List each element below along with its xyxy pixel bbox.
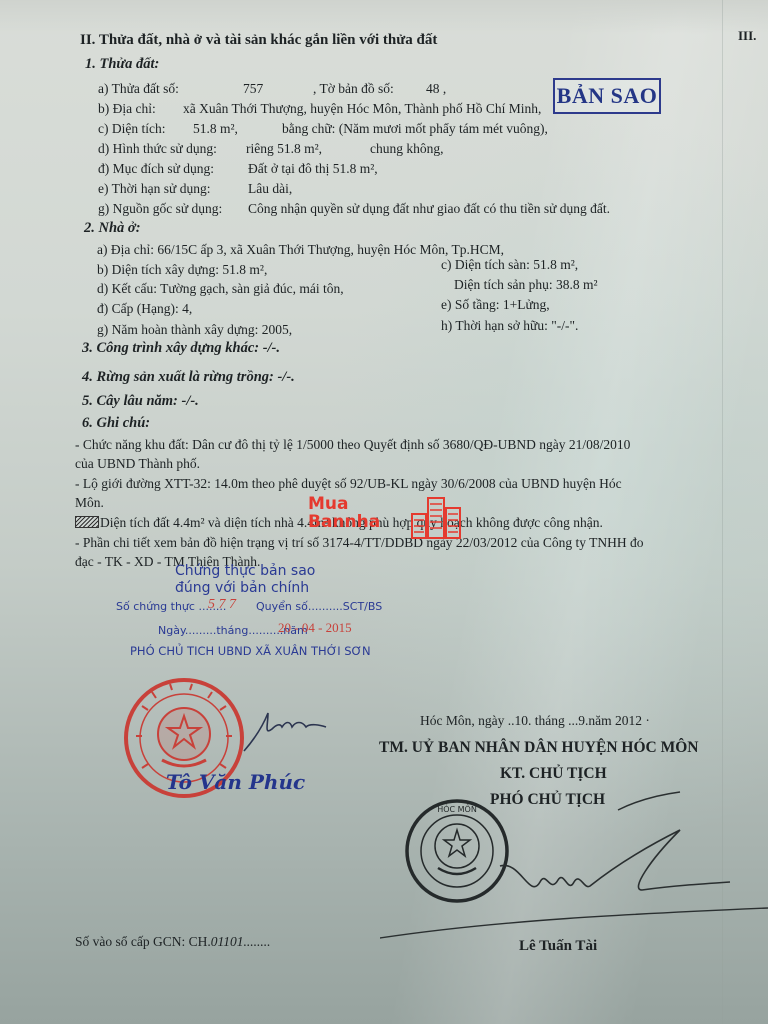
issuing-org: TM. UỶ BAN NHÂN DÂN HUYỆN HÓC MÔN <box>379 739 698 757</box>
address-label: b) Địa chỉ: <box>98 101 156 117</box>
note-line: - Lộ giới đường XTT-32: 14.0m theo phê d… <box>75 476 622 492</box>
place-date: Hóc Môn, ngày ..10. tháng ...9.năm 2012 … <box>420 713 650 729</box>
watermark-logo: Mua Bannha <box>306 494 466 540</box>
house-heading: 2. Nhà ở: <box>84 220 141 237</box>
house-grade: đ) Cấp (Hạng): 4, <box>97 301 192 317</box>
map-number: 48 , <box>426 81 446 97</box>
cert-signer-name: Tô Văn Phúc <box>166 770 305 794</box>
role-chairman: KT. CHỦ TỊCH <box>500 765 607 783</box>
signature-le-tuan-tai <box>380 790 768 940</box>
house-address: a) Địa chỉ: 66/15C ấp 3, xã Xuân Thới Th… <box>97 242 504 258</box>
land-address: xã Xuân Thới Thượng, huyện Hóc Môn, Thàn… <box>183 101 541 117</box>
purpose-label: đ) Mục đích sử dụng: <box>98 161 214 177</box>
house-build-area: b) Diện tích xây dựng: 51.8 m², <box>97 262 267 278</box>
usage-form-label: d) Hình thức sử dụng: <box>98 141 217 157</box>
land-area-words: bằng chữ: (Năm mươi mốt phẩy tám mét vuô… <box>282 121 548 137</box>
cert-signer-title: PHÓ CHỦ TICH UBND XÃ XUÂN THỚI SƠN <box>130 644 371 658</box>
cert-book-label: Quyển số..........SCT/BS <box>256 600 382 613</box>
watermark-line1: Mua <box>308 496 349 513</box>
section-title: II. Thửa đất, nhà ở và tài sản khác gắn … <box>80 32 437 49</box>
watermark-line2: Bannha <box>308 514 380 531</box>
note-line: Môn. <box>75 495 104 511</box>
house-aux-floor-area: Diện tích sản phụ: 38.8 m² <box>454 277 598 293</box>
registry-number: Số vào sổ cấp GCN: CH.01101........ <box>75 934 271 950</box>
area-label: c) Diện tích: <box>98 121 165 137</box>
next-section-fragment: III. <box>738 28 756 44</box>
map-label: , Tờ bản đồ số: <box>313 81 394 97</box>
registry-label: Số vào sổ cấp GCN: CH. <box>75 934 211 949</box>
plot-number: 757 <box>243 81 263 97</box>
land-origin: Công nhận quyền sử dụng đất như giao đất… <box>248 201 610 217</box>
term-label: e) Thời hạn sử dụng: <box>98 181 210 197</box>
house-ownership-term: h) Thời hạn sở hữu: "-/-". <box>441 318 578 334</box>
land-heading: 1. Thửa đất: <box>85 56 159 73</box>
perennial-trees: 5. Cây lâu năm: -/-. <box>82 393 199 410</box>
note-line: của UBND Thành phố. <box>75 456 200 472</box>
note-line: - Chức năng khu đất: Dân cư đô thị tỷ lệ… <box>75 437 630 453</box>
cert-date-value: 20 - 04 - 2015 <box>278 620 352 636</box>
plot-label: a) Thửa đất số: <box>98 81 179 97</box>
usage-private: riêng 51.8 m², <box>246 141 322 157</box>
cert-line1: Chứng thực bản sao <box>175 563 315 579</box>
registry-value: 01101........ <box>211 934 271 949</box>
house-floor-area: c) Diện tích sàn: 51.8 m², <box>441 257 578 273</box>
notes-heading: 6. Ghi chú: <box>82 415 150 432</box>
usage-shared: chung không, <box>370 141 444 157</box>
paper-top-edge <box>0 0 768 34</box>
cert-line2: đúng với bản chính <box>175 580 309 596</box>
copy-stamp: BẢN SAO <box>553 78 661 114</box>
cert-number-value: 5 7 7 <box>208 597 236 613</box>
house-floors: e) Số tầng: 1+Lửng, <box>441 297 550 313</box>
hatched-area-icon <box>75 516 99 528</box>
land-area: 51.8 m², <box>193 121 238 137</box>
production-forest: 4. Rừng sản xuất là rừng trồng: -/-. <box>82 369 295 386</box>
house-structure: d) Kết cấu: Tường gạch, sàn giả đúc, mái… <box>97 281 344 297</box>
house-completion-year: g) Năm hoàn thành xây dựng: 2005, <box>97 322 292 338</box>
land-term: Lâu dài, <box>248 181 292 197</box>
land-purpose: Đất ở tại đô thị 51.8 m², <box>248 161 378 177</box>
signer-name: Lê Tuấn Tài <box>519 938 597 955</box>
signature-to-van-phuc <box>240 705 330 755</box>
other-construction: 3. Công trình xây dựng khác: -/-. <box>82 340 280 357</box>
building-icon <box>410 494 462 540</box>
origin-label: g) Nguồn gốc sử dụng: <box>98 201 222 217</box>
